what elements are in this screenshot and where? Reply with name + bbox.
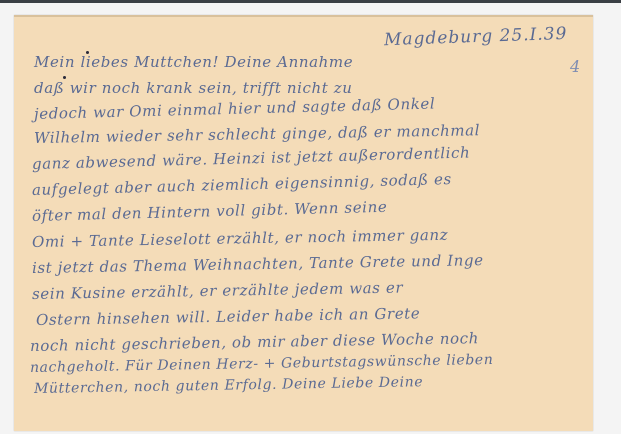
text-line: Ostern hinsehen will. Leider habe ich an… (36, 304, 421, 329)
text-line: öfter mal den Hintern voll gibt. Wenn se… (32, 198, 388, 225)
text-line: Mütterchen, noch guten Erfolg. Deine Lie… (34, 374, 423, 397)
text-line: jedoch war Omi einmal hier und sagte daß… (34, 94, 436, 123)
scan-top-edge (0, 0, 621, 3)
text-line: Omi + Tante Lieselott erzählt, er noch i… (32, 226, 448, 251)
text-line: daß wir noch krank sein, trifft nicht zu (34, 79, 353, 97)
text-line: ist jetzt das Thema Weihnachten, Tante G… (32, 251, 484, 277)
text-line-content: aufgelegt aber auch ziemlich eigensinnig… (32, 170, 452, 199)
text-line: noch nicht geschrieben, ob mir aber dies… (30, 329, 479, 355)
text-line: aufgelegt aber auch ziemlich eigensinnig… (32, 170, 452, 199)
text-line: Wilhelm wieder sehr schlecht ginge, daß … (34, 121, 480, 147)
postcard: Magdeburg 25.I.39 4 Mein liebes Muttchen… (14, 15, 593, 431)
text-line: nachgeholt. Für Deinen Herz- + Geburtsta… (30, 352, 494, 376)
text-line: Mein liebes Muttchen! Deine Annahme (34, 53, 353, 71)
text-line: sein Kusine erzählt, er erzählte jedem w… (32, 279, 403, 303)
text-line: ganz abwesend wäre. Heinzi ist jetzt auß… (32, 144, 471, 173)
place-date: Magdeburg 25.I.39 (384, 24, 568, 50)
page-number: 4 (570, 57, 580, 76)
